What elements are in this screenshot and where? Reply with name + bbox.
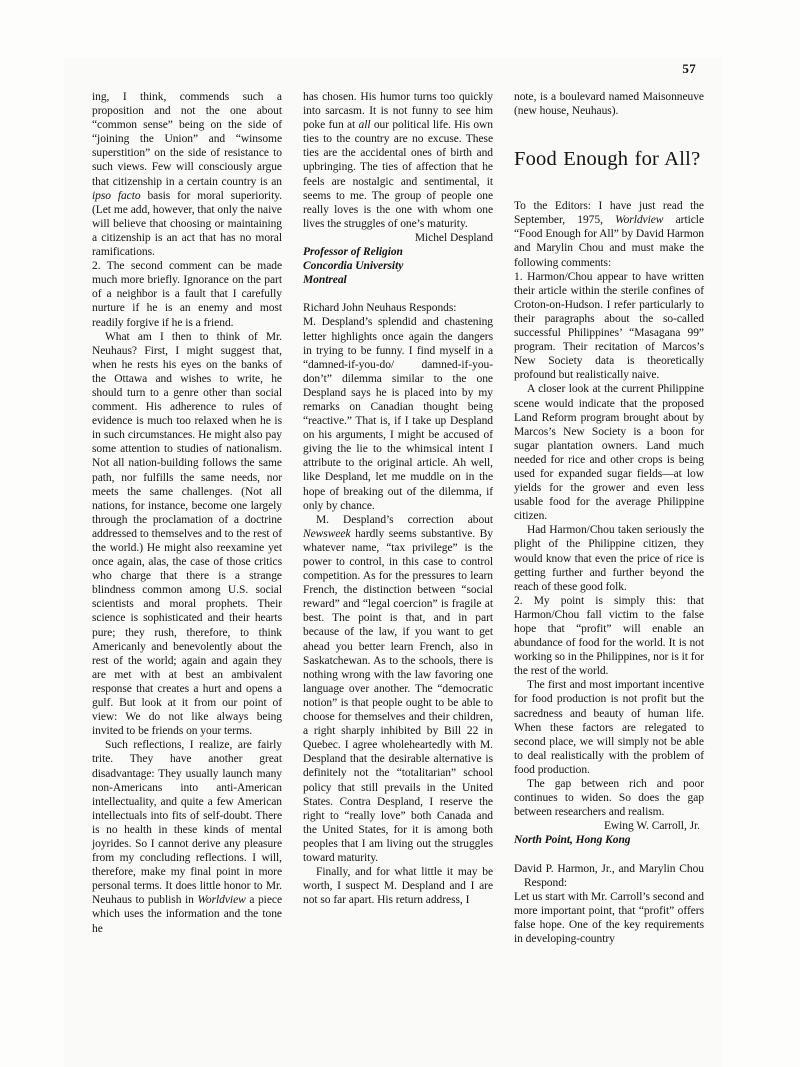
italic-text-segment: Worldview: [197, 894, 245, 906]
article-text-columns: ing, I think, commends such a propositio…: [92, 90, 704, 946]
paragraph: 2. The second comment can be made much m…: [92, 259, 282, 329]
text-segment: Ewing W. Carroll, Jr.: [604, 820, 700, 832]
text-segment: Concordia University: [303, 260, 403, 272]
italic-text-segment: all: [359, 119, 371, 131]
paragraph: What am I then to think of Mr. Neuhaus? …: [92, 330, 282, 739]
response-heading: Richard John Neuhaus Responds:: [303, 301, 493, 315]
paragraph: Finally, and for what little it may be w…: [303, 865, 493, 907]
column-middle: has chosen. His humor turns too quickly …: [303, 90, 493, 946]
paragraph: To the Editors: I have just read the Sep…: [514, 199, 704, 269]
text-segment: Such reflections, I realize, are fairly …: [92, 739, 282, 906]
text-segment: note, is a boulevard named Maisonneuve (…: [514, 91, 704, 117]
text-segment: 2. The second comment can be made much m…: [92, 260, 282, 328]
text-segment: Michel Despland: [415, 232, 493, 244]
signature-name: Michel Despland: [303, 231, 493, 245]
paragraph: M. Despland’s splendid and chastening le…: [303, 315, 493, 512]
text-segment: Had Harmon/Chou taken seriously the plig…: [514, 524, 704, 592]
text-segment: 2. My point is simply this: that Harmon/…: [514, 595, 704, 677]
text-segment: Let us start with Mr. Carroll’s second a…: [514, 891, 704, 945]
paragraph-continuation: ing, I think, commends such a propositio…: [92, 90, 282, 259]
paragraph-continuation: has chosen. His humor turns too quickly …: [303, 90, 493, 231]
text-segment: The first and most important incentive f…: [514, 679, 704, 776]
text-segment: our political life. His own ties to the …: [303, 119, 493, 230]
text-segment: The gap between rich and poor continues …: [514, 778, 704, 818]
response-heading: David P. Harmon, Jr., and Marylin Chou R…: [514, 862, 704, 890]
italic-text-segment: ipso facto: [92, 190, 141, 202]
paragraph-continuation: note, is a boulevard named Maisonneuve (…: [514, 90, 704, 118]
text-segment: 1. Harmon/Chou appear to have written th…: [514, 271, 704, 382]
paragraph: Had Harmon/Chou taken seriously the plig…: [514, 523, 704, 593]
paragraph: The first and most important incentive f…: [514, 678, 704, 777]
page-number: 57: [672, 61, 696, 77]
text-segment: M. Despland’s correction about: [316, 514, 493, 526]
text-segment: Food Enough for All?: [514, 148, 700, 170]
text-segment: Richard John Neuhaus Responds:: [303, 302, 456, 314]
signature-location: Montreal: [303, 273, 493, 287]
paragraph: A closer look at the current Philippine …: [514, 382, 704, 523]
italic-text-segment: Newsweek: [303, 528, 351, 540]
paragraph: M. Despland’s correction about Newsweek …: [303, 513, 493, 865]
paragraph: Let us start with Mr. Carroll’s second a…: [514, 890, 704, 946]
signature-location: North Point, Hong Kong: [514, 833, 704, 847]
section-title: Food Enough for All?: [514, 147, 704, 171]
text-segment: ing, I think, commends such a propositio…: [92, 91, 282, 188]
paragraph: The gap between rich and poor continues …: [514, 777, 704, 819]
text-segment: Finally, and for what little it may be w…: [303, 866, 493, 906]
text-segment: Montreal: [303, 274, 347, 286]
text-segment: Professor of Religion: [303, 246, 403, 258]
text-segment: M. Despland’s splendid and chastening le…: [303, 316, 493, 511]
paragraph: 2. My point is simply this: that Harmon/…: [514, 594, 704, 679]
signature-affiliation: Concordia University: [303, 259, 493, 273]
column-right: note, is a boulevard named Maisonneuve (…: [514, 90, 704, 946]
text-segment: North Point, Hong Kong: [514, 834, 631, 846]
text-segment: hardly seems substantive. By whatever na…: [303, 528, 493, 864]
text-segment: A closer look at the current Philippine …: [514, 383, 704, 522]
text-segment: What am I then to think of Mr. Neuhaus? …: [92, 331, 282, 738]
text-segment: David P. Harmon, Jr., and Marylin Chou R…: [514, 863, 704, 889]
column-left: ing, I think, commends such a propositio…: [92, 90, 282, 946]
signature-title: Professor of Religion: [303, 245, 493, 259]
italic-text-segment: Worldview: [615, 214, 663, 226]
paragraph: 1. Harmon/Chou appear to have written th…: [514, 270, 704, 383]
paragraph: Such reflections, I realize, are fairly …: [92, 738, 282, 935]
signature-name: Ewing W. Carroll, Jr.: [514, 819, 704, 833]
